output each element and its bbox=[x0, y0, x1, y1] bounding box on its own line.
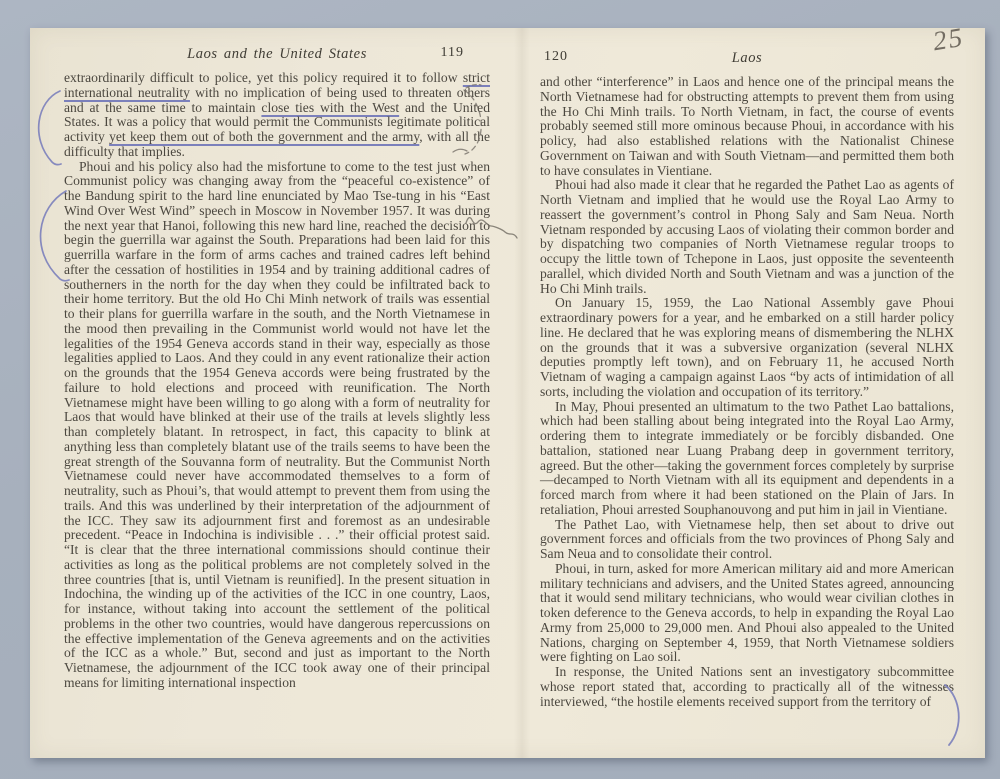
text-segment: On January 15, 1959, the Lao National As… bbox=[540, 295, 954, 399]
text-segment: The Pathet Lao, with Vietnamese help, th… bbox=[540, 517, 954, 562]
paragraph: The Pathet Lao, with Vietnamese help, th… bbox=[540, 518, 954, 562]
book-page-spread: Laos and the United States 119 extraordi… bbox=[30, 28, 985, 758]
text-segment: Phoui, in turn, asked for more American … bbox=[540, 561, 954, 665]
paragraph: Phoui had also made it clear that he reg… bbox=[540, 178, 954, 296]
paragraph: Phoui, in turn, asked for more American … bbox=[540, 562, 954, 665]
paragraph: Phoui and his policy also had the misfor… bbox=[64, 160, 490, 691]
page-number-left: 119 bbox=[441, 45, 464, 61]
right-page: 120 Laos and other “interference” in Lao… bbox=[540, 49, 954, 709]
text-segment: Phoui had also made it clear that he reg… bbox=[540, 177, 954, 295]
right-page-header: 120 Laos bbox=[540, 49, 954, 69]
center-fold-crease bbox=[514, 28, 530, 758]
text-segment: and other “interference” in Laos and hen… bbox=[540, 74, 954, 178]
blue-underlined-phrase: close ties with the West bbox=[261, 100, 399, 115]
left-page: Laos and the United States 119 extraordi… bbox=[64, 45, 490, 691]
left-page-header: Laos and the United States 119 bbox=[64, 45, 490, 65]
text-segment: extraordinarily difficult to police, yet… bbox=[64, 70, 463, 85]
paragraph: extraordinarily difficult to police, yet… bbox=[64, 71, 490, 160]
paragraph: In May, Phoui presented an ultimatum to … bbox=[540, 400, 954, 518]
running-title-left: Laos and the United States bbox=[187, 46, 367, 62]
right-page-text: and other “interference” in Laos and hen… bbox=[540, 75, 954, 709]
text-segment: In May, Phoui presented an ultimatum to … bbox=[540, 399, 954, 517]
page-number-right: 120 bbox=[544, 49, 568, 65]
paragraph: and other “interference” in Laos and hen… bbox=[540, 75, 954, 178]
paragraph: On January 15, 1959, the Lao National As… bbox=[540, 296, 954, 399]
blue-underlined-phrase: yet keep them out of both the government… bbox=[109, 129, 419, 144]
backing-board: Laos and the United States 119 extraordi… bbox=[0, 0, 1000, 779]
handwritten-corner-number: 25 bbox=[931, 22, 966, 57]
running-title-right: Laos bbox=[732, 50, 763, 66]
left-page-text: extraordinarily difficult to police, yet… bbox=[64, 71, 490, 691]
text-segment: In response, the United Nations sent an … bbox=[540, 664, 954, 709]
paragraph: In response, the United Nations sent an … bbox=[540, 665, 954, 709]
text-segment: Phoui and his policy also had the misfor… bbox=[64, 159, 490, 690]
